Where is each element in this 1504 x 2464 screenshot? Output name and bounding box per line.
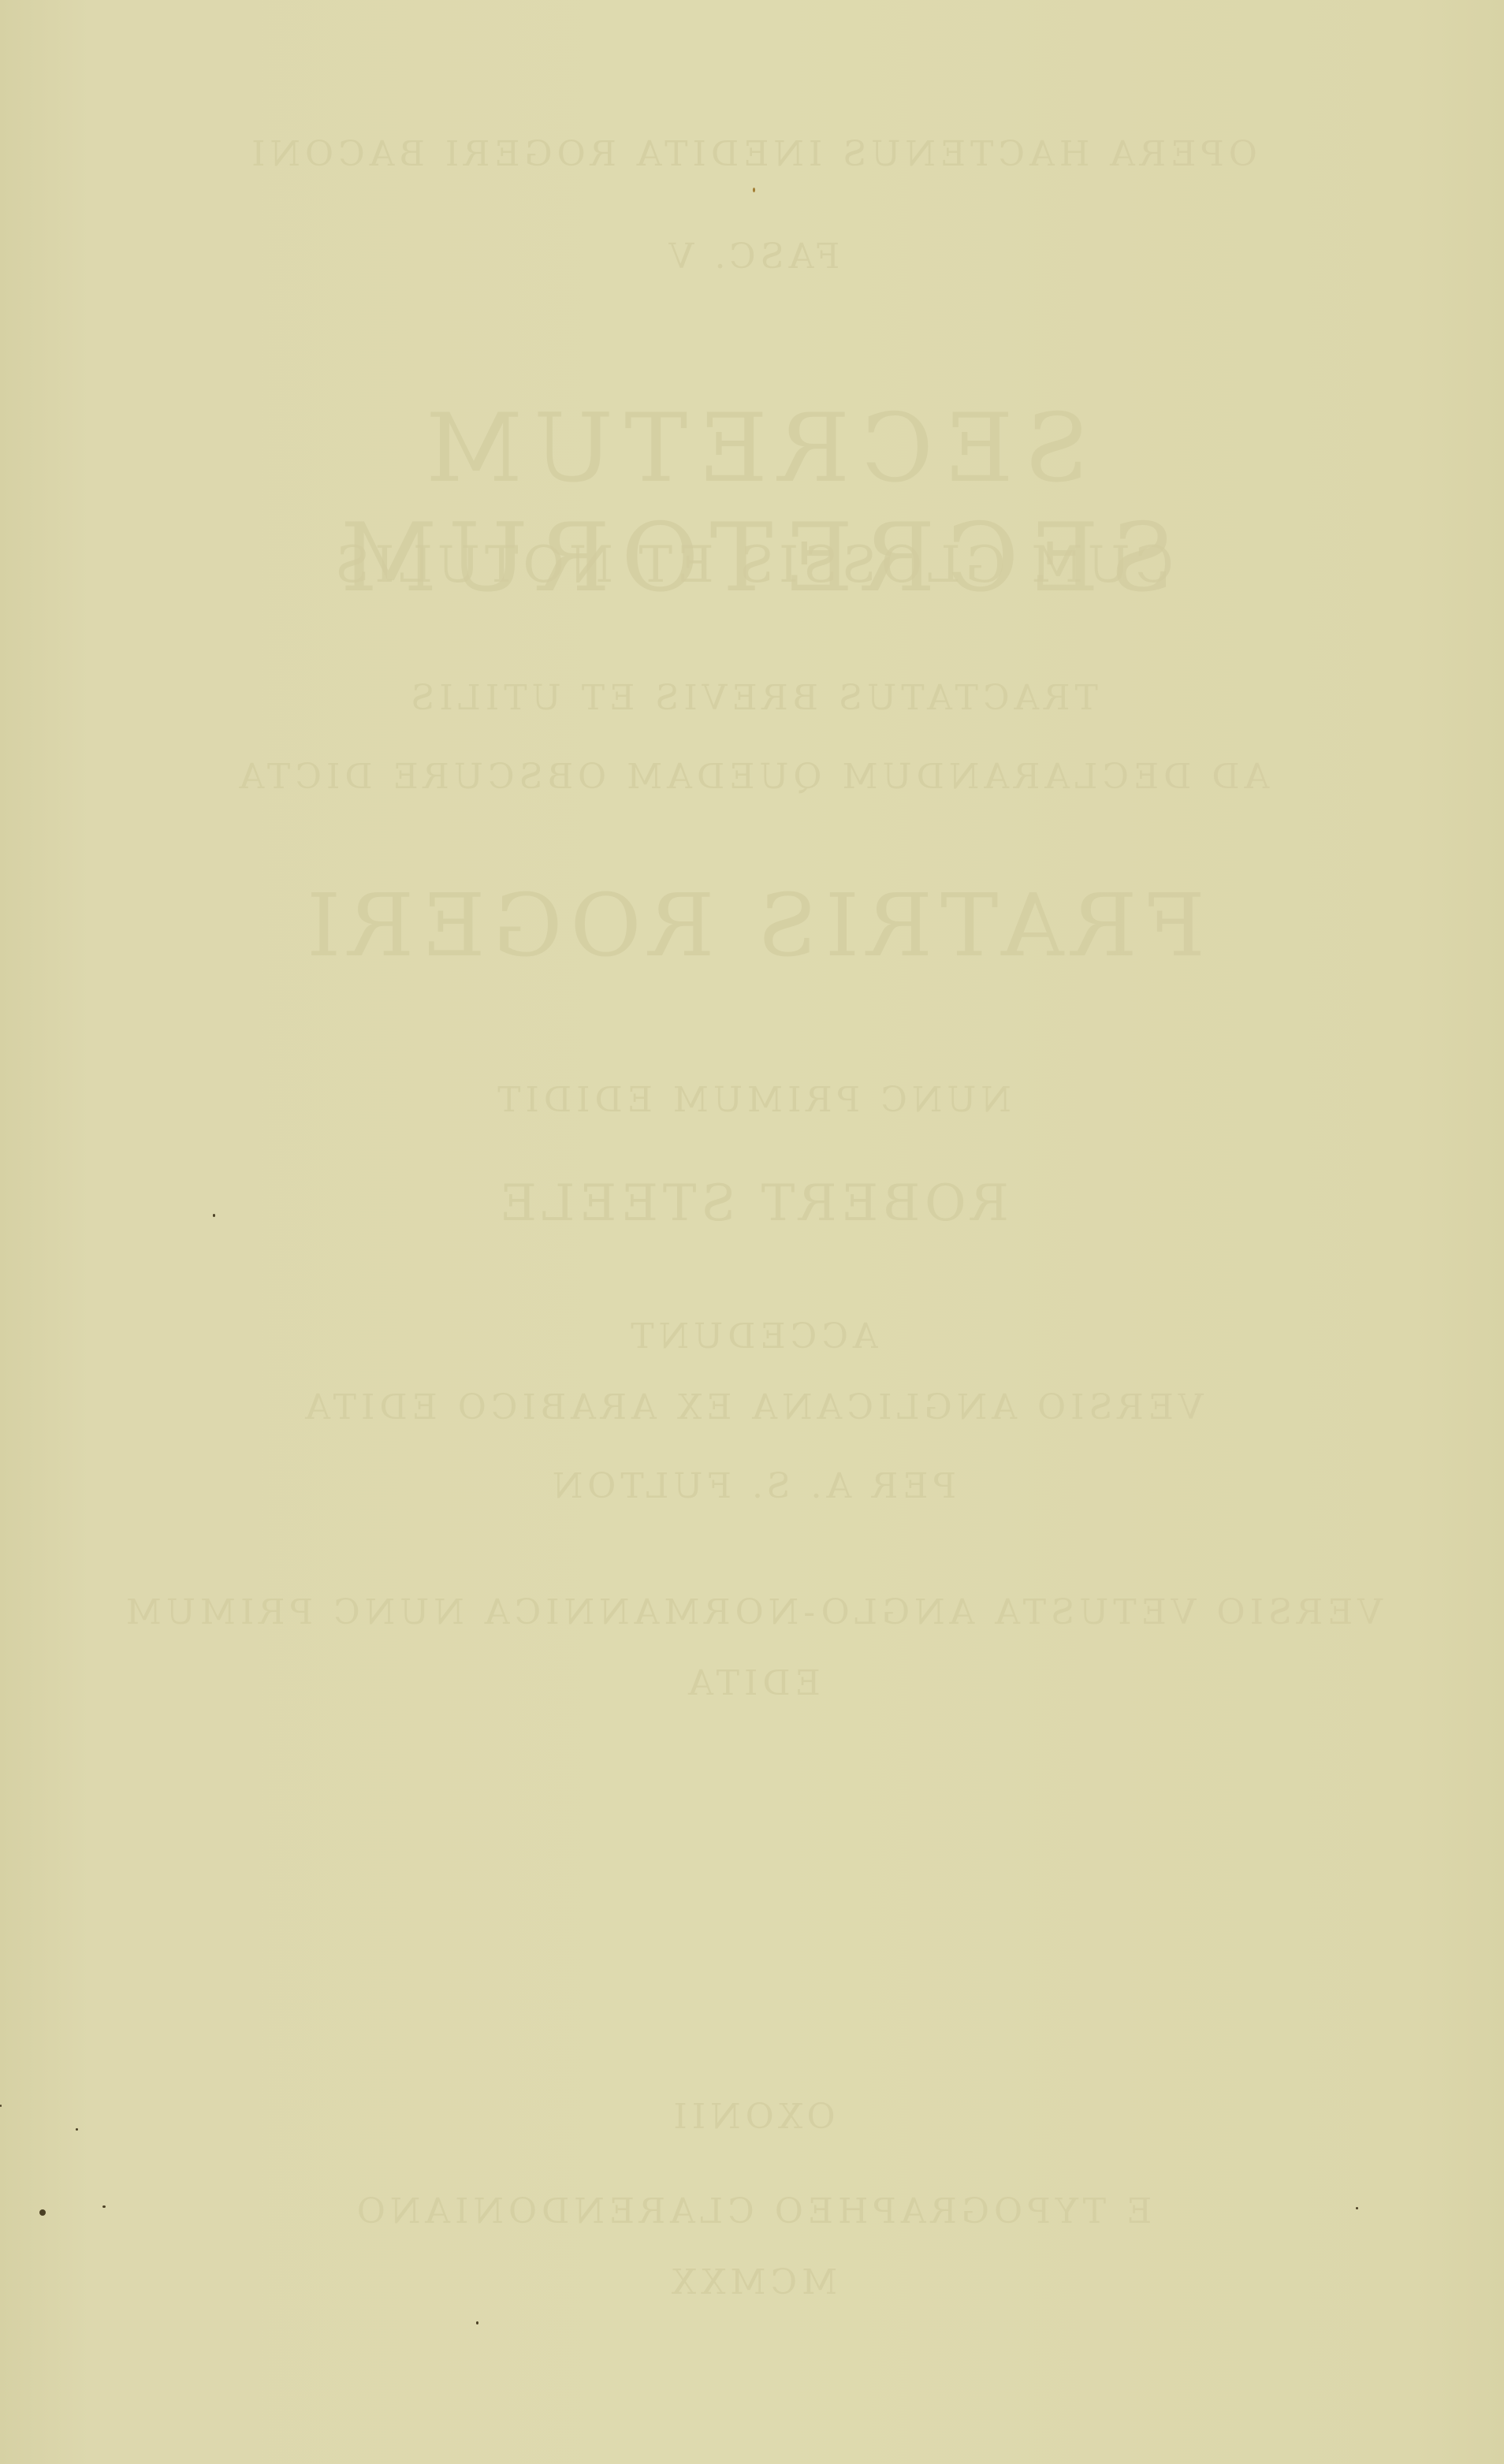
ink-speck (0, 2105, 2, 2107)
ink-speck (102, 2205, 106, 2208)
show-through-series-title: OPERA HACTENUS INEDITA ROGERI BACONI (0, 134, 1504, 174)
ink-speck (476, 2321, 478, 2324)
show-through-declarandum: AD DECLARANDUM QUEDAM OBSCURE DICTA (0, 757, 1504, 797)
ink-speck (76, 2128, 78, 2131)
show-through-fascicle: FASC. V (0, 236, 1504, 277)
show-through-accedunt: ACCEDUNT (0, 1316, 1504, 1357)
show-through-edidit: NUNC PRIMUM EDIDIT (0, 1080, 1504, 1120)
show-through-year: MCMXX (0, 2262, 1504, 2302)
show-through-translator: PER A. S. FULTON (0, 1466, 1504, 1506)
show-through-subtitle: CUM GLOSSIS ET NOTULIS (0, 536, 1504, 594)
ink-speck (1356, 2207, 1358, 2209)
show-through-place: OXONII (0, 2097, 1504, 2137)
book-page: OPERA HACTENUS INEDITA ROGERI BACONI FAS… (0, 0, 1504, 2464)
show-through-editor: ROBERT STEELE (0, 1174, 1504, 1233)
show-through-author: FRATRIS ROGERI (0, 875, 1504, 976)
show-through-edita: EDITA (0, 1663, 1504, 1703)
show-through-versio-anglicana: VERSIO ANGLICANA EX ARABICO EDITA (0, 1387, 1504, 1427)
show-through-versio-vetusta: VERSIO VETUSTA ANGLO-NORMANNICA NUNC PRI… (0, 1592, 1504, 1632)
show-through-tractatus: TRACTATUS BREVIS ET UTILIS (0, 678, 1504, 718)
ink-speck (213, 1214, 215, 1217)
show-through-publisher: E TYPOGRAPHEO CLARENDONIANO (0, 2191, 1504, 2231)
ink-speck (39, 2209, 46, 2216)
ink-speck (753, 188, 755, 192)
